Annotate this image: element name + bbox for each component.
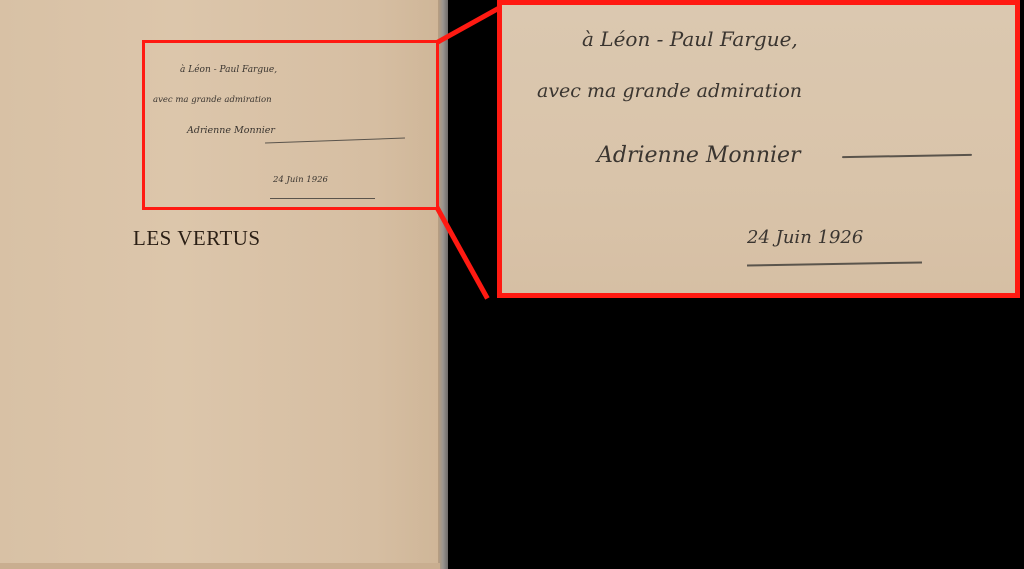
- book-title: LES VERTUS: [133, 226, 261, 251]
- inscription-highlight-box: à Léon - Paul Fargue, avec ma grande adm…: [142, 40, 439, 210]
- zoom-signature-flourish: [842, 154, 972, 158]
- zoom-date-underline: [747, 261, 922, 266]
- signature-flourish: [265, 138, 405, 144]
- page-bottom-edge: [0, 563, 440, 569]
- inscription-date: 24 Juin 1926: [273, 175, 328, 185]
- date-underline: [270, 198, 375, 199]
- inscription-message: avec ma grande admiration: [153, 95, 272, 105]
- inscription-signature: Adrienne Monnier: [187, 125, 275, 136]
- zoom-signature: Adrienne Monnier: [597, 143, 801, 168]
- page-edge: [438, 0, 448, 569]
- inscription-dedication: à Léon - Paul Fargue,: [180, 65, 277, 75]
- zoom-message: avec ma grande admiration: [537, 80, 802, 102]
- inscription-zoom-panel: à Léon - Paul Fargue, avec ma grande adm…: [497, 0, 1020, 298]
- zoom-dedication: à Léon - Paul Fargue,: [582, 27, 798, 51]
- zoom-date: 24 Juin 1926: [747, 227, 863, 248]
